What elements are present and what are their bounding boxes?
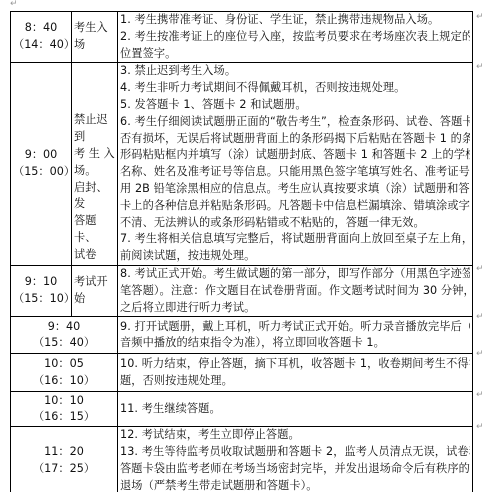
time-afternoon: （16：10） [13,373,115,390]
time-cell: 10：10 （16：15） [11,392,118,427]
instruction-cell: 12. 考试结束，考生立即停止答题。 13. 考生等待监考员收取试题册和答题卡 … [118,427,473,492]
instruction-line: 卡上的各种信息并粘贴条形码。凡答题卡中信息栏漏填涂、错填涂或字迹 [120,198,470,215]
row-end-mark-icon: ↵ [476,390,484,400]
stage-label: 启封、发 [74,180,115,214]
time-morning: 9：00 [13,147,69,164]
instruction-line: 之后将立即进行听力考试。 [120,300,470,317]
instruction-line: 7. 考生将相关信息填写完整后，将试题册背面向上放回至桌子左上角，提 [120,231,470,248]
instruction-line: 音频中播放的结束指令为准），将立即回收答题卡 1。 [120,335,470,352]
instruction-line: 名称、姓名及准考证号等信息。只能用黑色签字笔填写姓名、准考证号， [120,164,470,181]
row-end-mark-icon: ↵ [476,264,484,274]
instruction-line: 12. 考试结束，考生立即停止答题。 [120,427,470,444]
time-afternoon: （16：15） [13,409,115,426]
time-cell: 8：40 （14：40） [11,12,72,63]
instruction-line: 退场（严禁考生带走试题册和答题卡）。 [120,478,470,492]
time-cell: 11：20 （17：25） [11,427,118,492]
stage-cell: 禁止迟到 考 生 入 场。 启封、发 答题卡、 试卷 [72,63,118,266]
stage-label: 考试开始 [74,274,115,308]
time-morning: 9：10 [13,274,69,291]
instruction-cell: 11. 考生继续答题。 [118,392,473,427]
instruction-line: 2. 考生按准考证上的座位号入座，按监考员要求在考场座次表上规定的 [120,29,470,46]
time-morning: 10：05 [13,356,115,373]
instruction-line: 13. 考生等待监考员收取试题册和答题卡 2，监考人员清点无误，试卷和 [120,444,470,461]
instruction-line: 位置签字。 [120,46,470,63]
table-row: 9：10 （15：10） 考试开始 8. 考试正式开始。考生做试题的第一部分，即… [11,265,473,316]
table-row: 11：20 （17：25） 12. 考试结束，考生立即停止答题。 13. 考生等… [11,427,473,492]
instruction-line: 8. 考试正式开始。考生做试题的第一部分，即写作部分（用黑色字迹签字 [120,266,470,283]
time-afternoon: （15：40） [13,335,115,352]
time-morning: 10：10 [13,393,115,410]
instruction-line: 用 2B 铅笔涂黑相应的信息点。考生应认真按要求填（涂）试题册和答题 [120,181,470,198]
instruction-line: 否有损坏，无误后将试题册背面上的条形码揭下后粘贴在答题卡 1 的条 [120,131,470,148]
instruction-line: 不清、无法辨认的或条形码粘错或不粘贴的，答题一律无效。 [120,215,470,232]
stage-label: 场。 [74,163,115,180]
stage-cell: 考试开始 [72,265,118,316]
instruction-line: 3. 禁止迟到考生入场。 [120,63,470,80]
stage-label: 禁止迟到 [74,112,115,146]
row-end-mark-icon: ↵ [476,62,484,72]
time-cell: 9：40 （15：40） [11,317,118,354]
table-row: 8：40 （14：40） 考生入场 1. 考生携带准考证、身份证、学生证，禁止携… [11,12,473,63]
instruction-cell: 8. 考试正式开始。考生做试题的第一部分，即写作部分（用黑色字迹签字 笔答题）。… [118,265,473,316]
paragraph-mark-icon: ↵ [10,0,18,9]
instruction-line: 形码粘贴框内并填写（涂）试题册封底、答题卡 1 和答题卡 2 上的学校 [120,147,470,164]
time-cell: 9：10 （15：10） [11,265,72,316]
instruction-line: 1. 考生携带准考证、身份证、学生证，禁止携带违规物品入场。 [120,12,470,29]
instruction-line: 前阅读试题，按违规处理。 [120,248,470,265]
time-afternoon: （15：00） [13,164,69,181]
row-end-mark-icon: ↵ [476,422,484,432]
stage-label: 考 生 入 [74,146,115,163]
time-afternoon: （17：25） [13,461,115,478]
row-end-mark-icon: ↵ [476,312,484,322]
stage-cell: 考生入场 [72,12,118,63]
instruction-line: 11. 考生继续答题。 [120,401,470,418]
instruction-line: 5. 发答题卡 1、答题卡 2 和试题册。 [120,97,470,114]
time-cell: 10：05 （16：10） [11,354,118,392]
time-cell: 9：00 （15：00） [11,63,72,266]
instruction-cell: 10. 听力结束，停止答题，摘下耳机，收答题卡 1，收卷期间考生不得答 题，否则… [118,354,473,392]
instruction-cell: 9. 打开试题册，戴上耳机，听力考试正式开始。听力录音播放完毕后（以 音频中播放… [118,317,473,354]
stage-label: 考生入场 [74,20,115,54]
time-afternoon: （15：10） [13,291,69,308]
time-morning: 8：40 [13,20,69,37]
time-morning: 11：20 [13,444,115,461]
instruction-line: 笔答题）。注意：作文题目在试卷册背面。作文题考试时间为 30 分钟， [120,283,470,300]
instruction-cell: 3. 禁止迟到考生入场。 4. 考生非听力考试期间不得佩戴耳机，否则按违规处理。… [118,63,473,266]
instruction-line: 题，否则按违规处理。 [120,373,470,390]
exam-schedule-table: 8：40 （14：40） 考生入场 1. 考生携带准考证、身份证、学生证，禁止携… [10,11,473,492]
instruction-line: 6. 考生仔细阅读试题册正面的“敬告考生”，检查条形码、试卷、答题卡是 [120,114,470,131]
instruction-line: 答题卡袋由监考老师在考场当场密封完毕，并发出退场命令后有秩序的 [120,461,470,478]
stage-label: 试卷 [74,247,115,264]
table-row: 9：00 （15：00） 禁止迟到 考 生 入 场。 启封、发 答题卡、 试卷 … [11,63,473,266]
instruction-line: 4. 考生非听力考试期间不得佩戴耳机，否则按违规处理。 [120,80,470,97]
table-row: 10：10 （16：15） 11. 考生继续答题。 [11,392,473,427]
instruction-line: 10. 听力结束，停止答题，摘下耳机，收答题卡 1，收卷期间考生不得答 [120,356,470,373]
time-afternoon: （14：40） [13,37,69,54]
stage-label: 答题卡、 [74,213,115,247]
row-end-mark-icon: ↵ [476,12,484,22]
table-row: 9：40 （15：40） 9. 打开试题册，戴上耳机，听力考试正式开始。听力录音… [11,317,473,354]
row-end-mark-icon: ↵ [476,349,484,359]
instruction-cell: 1. 考生携带准考证、身份证、学生证，禁止携带违规物品入场。 2. 考生按准考证… [118,12,473,63]
table-row: 10：05 （16：10） 10. 听力结束，停止答题，摘下耳机，收答题卡 1，… [11,354,473,392]
instruction-line: 9. 打开试题册，戴上耳机，听力考试正式开始。听力录音播放完毕后（以 [120,319,470,336]
time-morning: 9：40 [13,319,115,336]
